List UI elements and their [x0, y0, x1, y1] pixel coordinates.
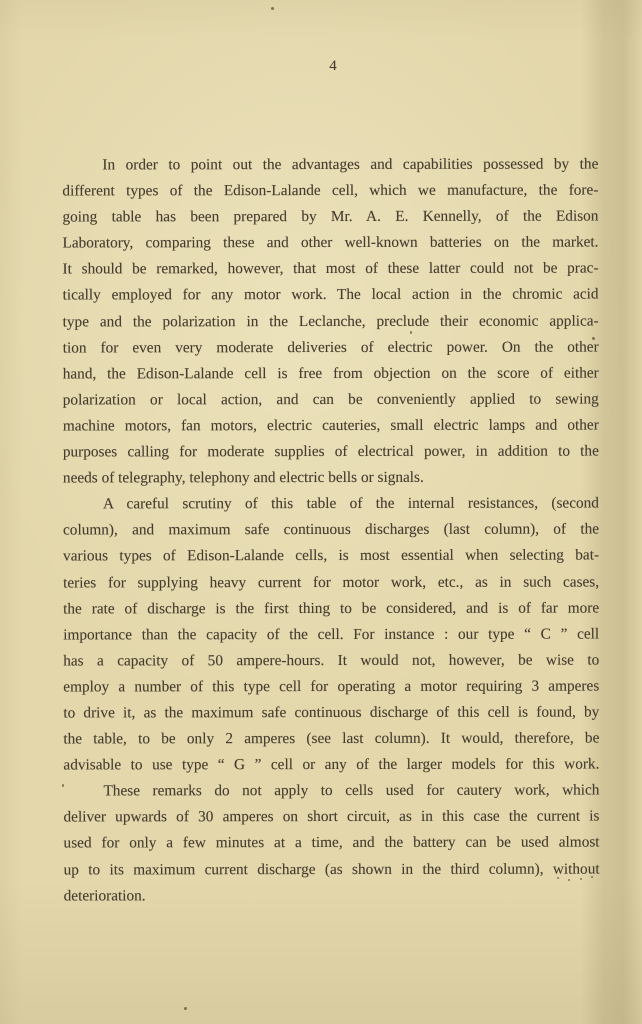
text-line: deterioration. [64, 882, 600, 909]
text-line: polarization or local action, and can be… [63, 386, 599, 413]
paragraph: A careful scrutiny of this table of the … [63, 491, 600, 779]
text-line: up to its maximum current discharge (as … [64, 856, 600, 883]
scan-speck [271, 7, 274, 10]
text-line: used for only a few minutes at a time, a… [64, 830, 600, 857]
text-line: employ a number of this type cell for op… [63, 673, 599, 700]
text-line: purposes calling for moderate supplies o… [63, 439, 599, 466]
text-line: needs of telegraphy, telephony and elect… [63, 465, 599, 492]
text-line: A careful scrutiny of this table of the … [63, 491, 599, 518]
text-line: tically employed for any motor work. The… [63, 282, 599, 309]
text-line: the rate of discharge is the first thing… [63, 595, 599, 622]
text-line: column), and maximum safe continuous dis… [63, 517, 599, 544]
text-line: the table, to be only 2 amperes (see las… [63, 726, 599, 753]
text-line: has a capacity of 50 ampere-hours. It wo… [63, 647, 599, 674]
page-text: In order to point out the advantages and… [62, 152, 599, 910]
text-line: machine motors, fan motors, electric cau… [63, 412, 599, 439]
paragraph: These remarks do not apply to cells used… [63, 778, 599, 909]
scan-speck [184, 1007, 187, 1010]
text-line: It should be remarked, however, that mos… [63, 256, 599, 283]
text-line: various types of Edison-Lalande cells, i… [63, 543, 599, 570]
text-line: These remarks do not apply to cells used… [63, 778, 599, 805]
scanned-book-page: { "page": { "number": "4", "paper_color"… [0, 0, 642, 1024]
text-line: advisable to use type “ G ” cell or any … [63, 752, 599, 779]
text-line: going table has been prepared by Mr. A. … [62, 204, 598, 231]
text-line: In order to point out the advantages and… [62, 152, 598, 179]
text-line: to drive it, as the maximum safe continu… [63, 700, 599, 727]
text-line: teries for supplying heavy current for m… [63, 569, 599, 596]
text-line: different types of the Edison-Lalande ce… [62, 178, 598, 205]
paragraph: In order to point out the advantages and… [62, 152, 599, 492]
text-line: hand, the Edison-Lalande cell is free fr… [63, 360, 599, 387]
page-number: 4 [298, 58, 368, 75]
text-line: type and the polarization in the Leclanc… [63, 308, 599, 335]
text-line: importance than the capacity of the cell… [63, 621, 599, 648]
text-line: tion for even very moderate deliveries o… [63, 334, 599, 361]
text-line: Laboratory, comparing these and other we… [62, 230, 598, 257]
text-line: deliver upwards of 30 amperes on short c… [63, 804, 599, 831]
